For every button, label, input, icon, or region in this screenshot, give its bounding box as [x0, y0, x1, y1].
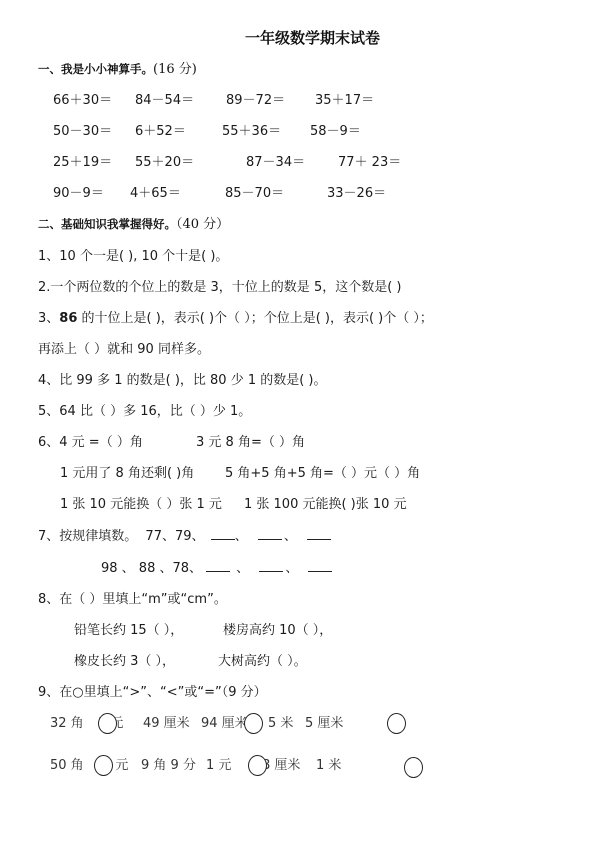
answer-blank[interactable]: [211, 530, 235, 540]
calc-row-1: 66＋30＝ 84－54＝ 89－72＝ 35＋17＝: [0, 94, 595, 110]
compare-circle-input[interactable]: [98, 713, 117, 734]
compare-left: 5 厘米: [305, 717, 343, 730]
question-7: 7、按规律填数。 77、79、 、 、: [38, 530, 331, 543]
question-8-line-1b: 楼房高约 10（ ），: [223, 624, 332, 637]
calc-item: 35＋17＝: [315, 94, 374, 107]
section-2-score: （40 分）: [176, 217, 229, 232]
calc-row-3: 25＋19＝ 55＋20＝ 87－34＝ 77＋ 23＝: [0, 156, 595, 172]
calc-item: 4＋65＝: [130, 187, 181, 200]
compare-left: 32 角: [50, 717, 84, 730]
compare-right: 5 米: [268, 717, 293, 730]
question-3: 3、86 的十位上是( )，表示( )个（ ）；个位上是( )，表示( )个（ …: [38, 312, 433, 325]
question-8: 8、在（ ）里填上“m”或“cm”。: [38, 593, 227, 606]
question-7-line-2: 98 、 88 、78、 、 、: [101, 562, 332, 575]
compare-circle-input[interactable]: [94, 755, 113, 776]
question-7-label: 7、按规律填数。: [38, 529, 137, 544]
calc-item: 77＋ 23＝: [338, 156, 401, 169]
compare-left: 50 角: [50, 759, 84, 772]
calc-item: 58－9＝: [310, 125, 361, 138]
question-2: 2.一个两位数的个位上的数是 3，十位上的数是 5，这个数是( ): [38, 281, 402, 294]
page-title: 一年级数学期末试卷: [0, 31, 595, 46]
question-6-line-2a: 1 元用了 8 角还剩( )角: [60, 467, 194, 480]
section-1-score: (16 分): [153, 62, 197, 77]
answer-blank[interactable]: [307, 530, 331, 540]
question-6-line-1a: 6、4 元 =（ ）角: [38, 436, 143, 449]
compare-left: 9 角 9 分: [141, 759, 196, 772]
sequence-1: 77、79、: [145, 529, 204, 544]
calc-item: 66＋30＝: [53, 94, 112, 107]
question-6-line-3a: 1 张 10 元能换（ ）张 1 元: [60, 498, 222, 511]
calc-item: 84－54＝: [135, 94, 194, 107]
section-2-heading: 二、基础知识我掌握得好。（40 分）: [38, 218, 229, 231]
separator: 、: [236, 561, 249, 576]
question-8-line-2a: 橡皮长约 3（ ），: [74, 655, 175, 668]
calc-item: 25＋19＝: [53, 156, 112, 169]
compare-right: 8 厘米: [262, 759, 300, 772]
question-3-number: 86: [59, 311, 77, 326]
question-6-line-3b: 1 张 100 元能换( )张 10 元: [244, 498, 407, 511]
calc-item: 55＋36＝: [222, 125, 281, 138]
compare-row-2: 50 角 5 元 9 角 9 分 1 元 8 厘米 1 米: [0, 759, 595, 783]
compare-left: 1 米: [316, 759, 341, 772]
calc-item: 90－9＝: [53, 187, 104, 200]
separator: 、: [285, 561, 298, 576]
separator: 、: [284, 529, 297, 544]
section-1-title: 一、我是小小神算手。: [38, 62, 153, 76]
question-6-line-1b: 3 元 8 角=（ ）角: [196, 436, 305, 449]
calc-item: 6＋52＝: [135, 125, 186, 138]
question-4: 4、比 99 多 1 的数是( )，比 80 少 1 的数是( )。: [38, 374, 327, 387]
compare-left: 49 厘米: [143, 717, 190, 730]
calc-row-2: 50－30＝ 6＋52＝ 55＋36＝ 58－9＝: [0, 125, 595, 141]
answer-blank[interactable]: [308, 562, 332, 572]
calc-row-4: 90－9＝ 4＋65＝ 85－70＝ 33－26＝: [0, 187, 595, 203]
answer-blank[interactable]: [259, 562, 283, 572]
compare-circle-input[interactable]: [404, 757, 423, 778]
answer-blank[interactable]: [258, 530, 282, 540]
calc-item: 87－34＝: [246, 156, 305, 169]
calc-item: 89－72＝: [226, 94, 285, 107]
answer-blank[interactable]: [206, 562, 230, 572]
calc-item: 50－30＝: [53, 125, 112, 138]
sequence-2: 98 、 88 、78、: [101, 561, 202, 576]
compare-left: 94 厘米: [201, 717, 248, 730]
compare-row-1: 32 角 3 元 49 厘米 94 厘米 5 米 5 厘米: [0, 717, 595, 741]
section-2-title: 二、基础知识我掌握得好。: [38, 217, 176, 231]
compare-left: 1 元: [206, 759, 231, 772]
question-3-prefix: 3、: [38, 311, 59, 326]
question-3-text: 的十位上是( )，表示( )个（ ）；个位上是( )，表示( )个（ ）；: [77, 311, 433, 326]
section-1-heading: 一、我是小小神算手。(16 分): [38, 63, 197, 76]
question-5: 5、64 比（ ）多 16，比（ ）少 1。: [38, 405, 251, 418]
compare-circle-input[interactable]: [387, 713, 406, 734]
calc-item: 85－70＝: [225, 187, 284, 200]
separator: 、: [235, 529, 248, 544]
question-8-line-2b: 大树高约（ ）。: [218, 655, 307, 668]
question-1: 1、10 个一是( ), 10 个十是( )。: [38, 250, 228, 263]
compare-circle-input[interactable]: [248, 755, 267, 776]
question-9: 9、在○里填上“>”、“<”或“=”（9 分）: [38, 686, 267, 699]
calc-item: 33－26＝: [327, 187, 386, 200]
compare-circle-input[interactable]: [244, 713, 263, 734]
question-6-line-2b: 5 角+5 角+5 角=（ ）元（ ）角: [225, 467, 420, 480]
calc-item: 55＋20＝: [135, 156, 194, 169]
question-8-line-1a: 铅笔长约 15（ ），: [74, 624, 183, 637]
question-3-line-2: 再添上（ ）就和 90 同样多。: [38, 343, 210, 356]
